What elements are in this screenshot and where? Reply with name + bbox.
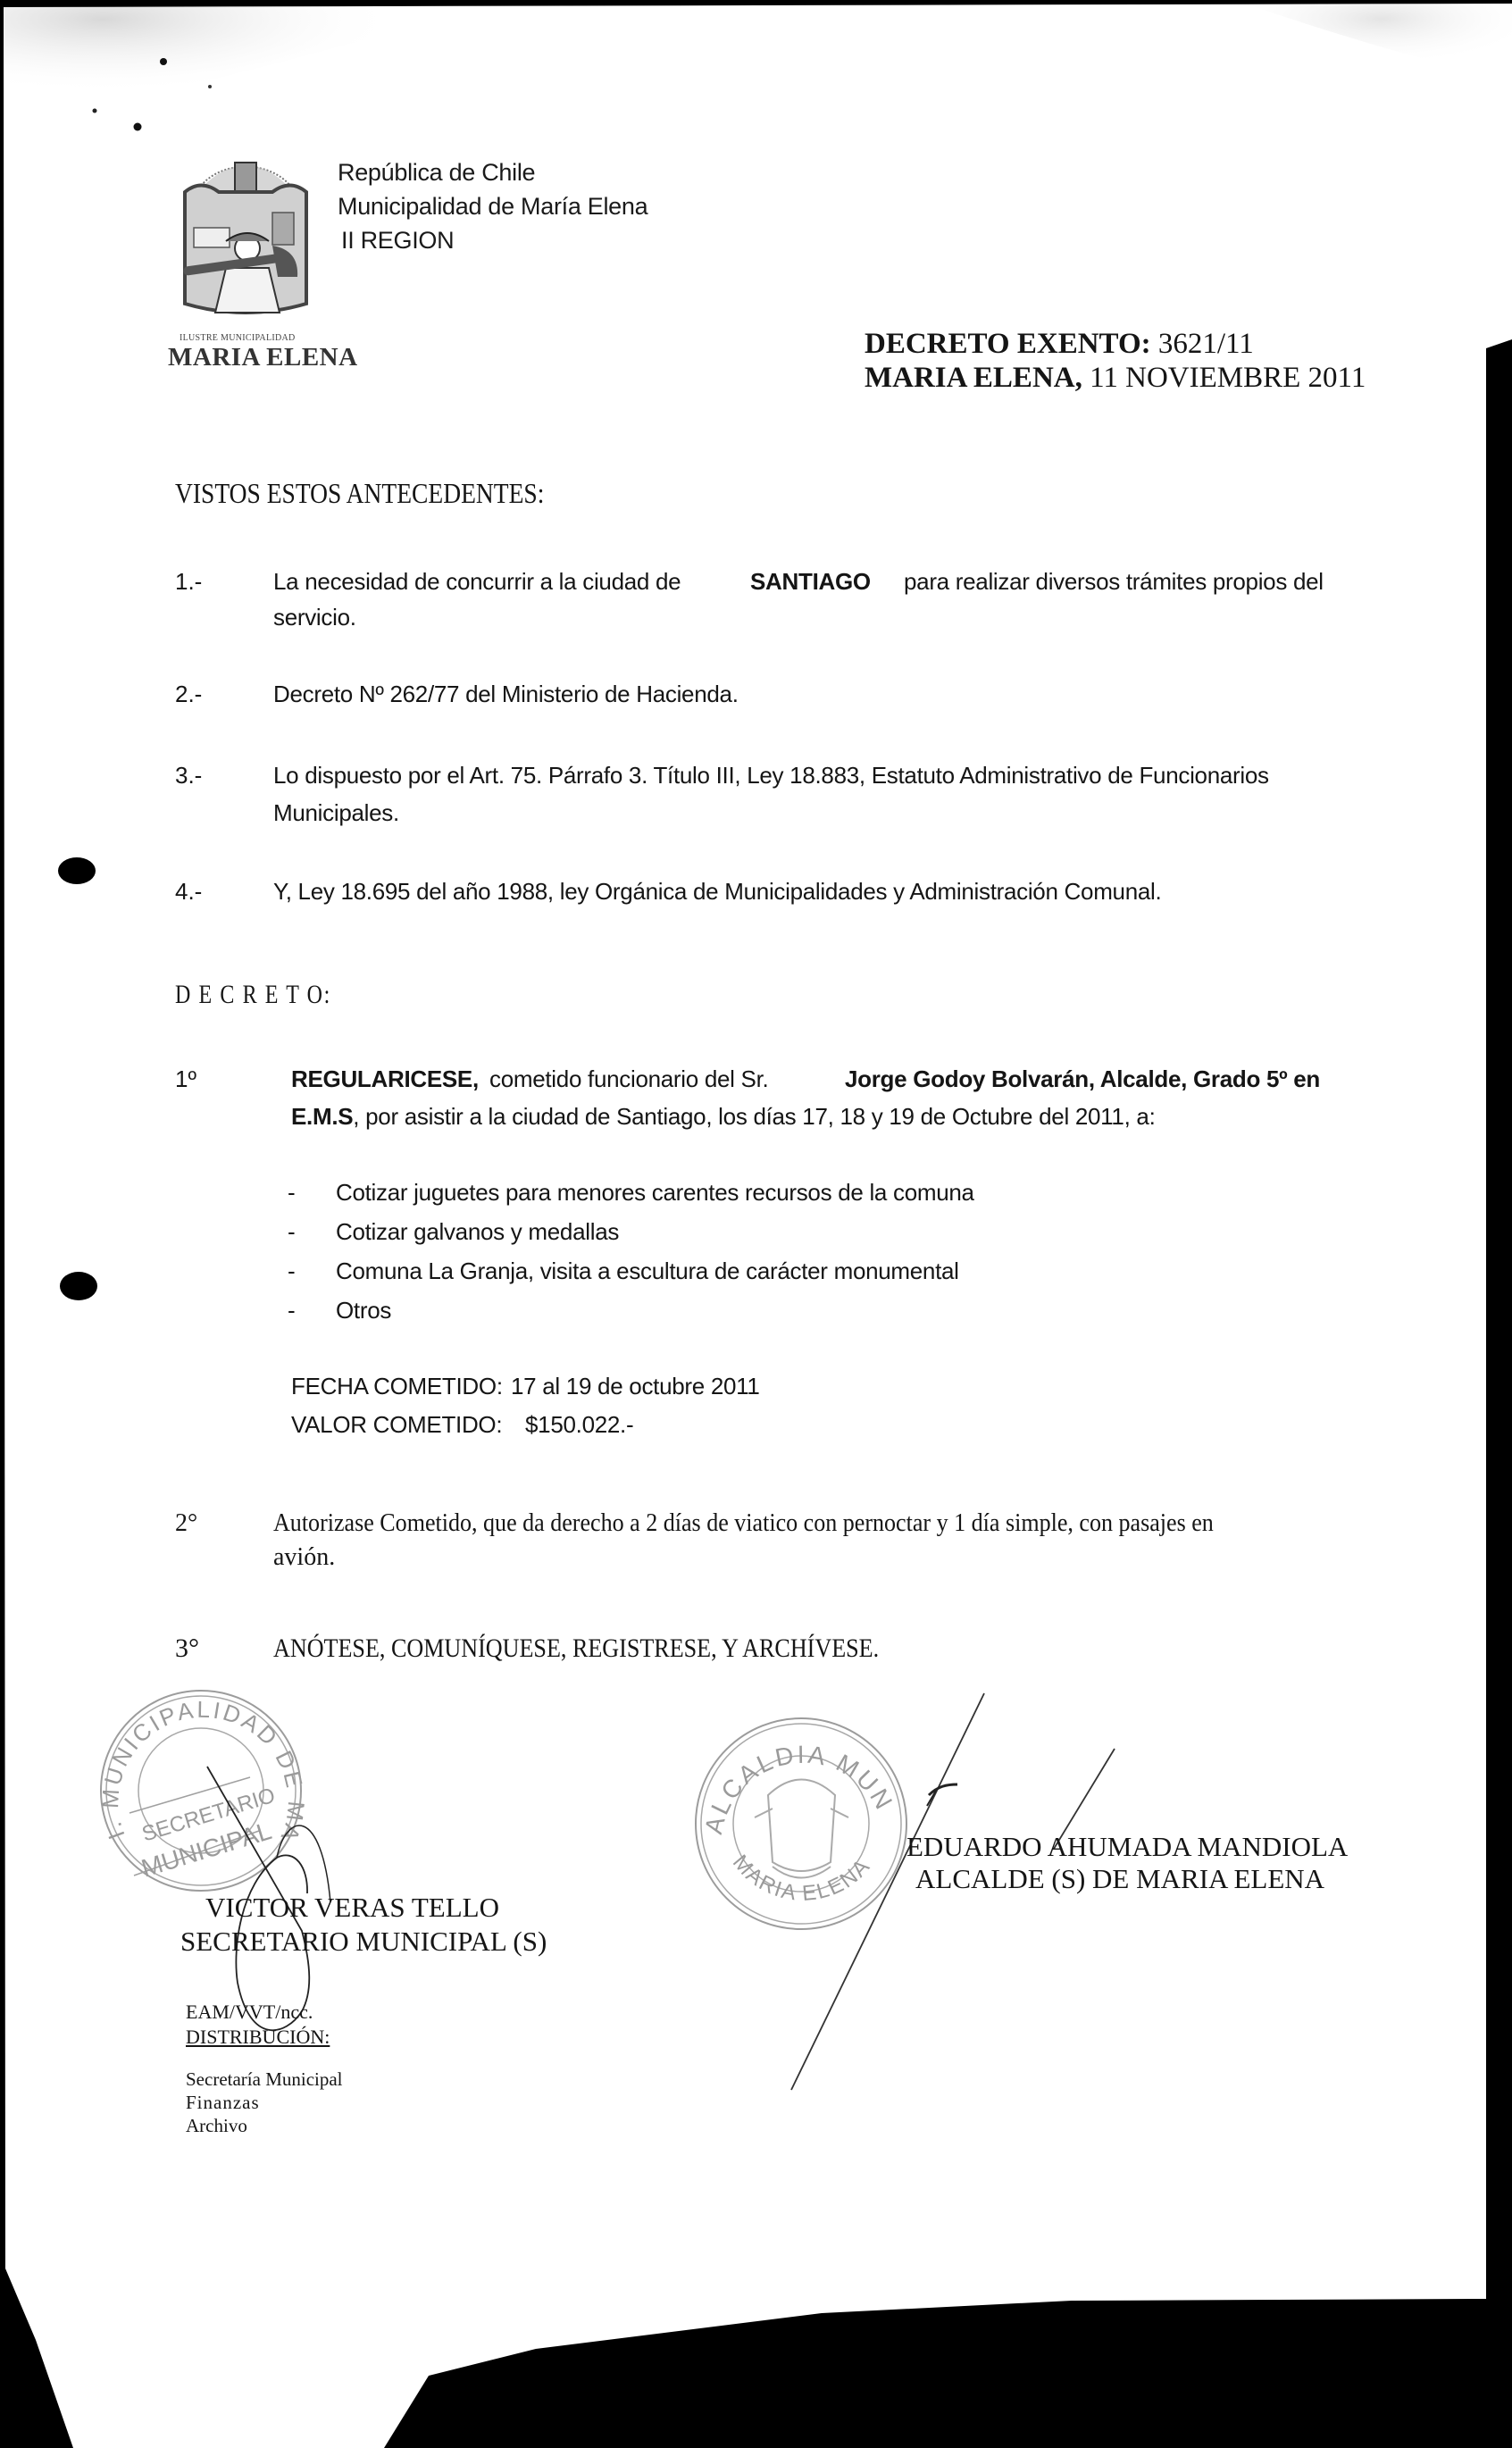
article-1-line2: E.M.S, por asistir a la ciudad de Santia… xyxy=(291,1103,1156,1131)
article-1-ems: E.M.S xyxy=(291,1103,353,1130)
punch-hole xyxy=(58,857,96,884)
place-label: MARIA ELENA, xyxy=(865,362,1082,394)
vistos-item-1-city: SANTIAGO xyxy=(750,568,871,596)
bullet-item: Comuna La Granja, visita a escultura de … xyxy=(336,1257,959,1285)
secretary-role: SECRETARIO MUNICIPAL (S) xyxy=(180,1926,547,1958)
punch-hole xyxy=(60,1272,97,1300)
decree-date-line: MARIA ELENA, 11 NOVIEMBRE 2011 xyxy=(865,362,1366,395)
article-2-line1: Autorizase Cometido, que da derecho a 2 … xyxy=(273,1509,1214,1538)
valor-cometido-value: $150.022.- xyxy=(525,1411,633,1439)
bullet-item: Otros xyxy=(336,1297,391,1324)
mayor-role: ALCALDE (S) DE MARIA ELENA xyxy=(915,1863,1324,1895)
distribution-item: Secretaría Municipal xyxy=(186,2068,343,2091)
decree-date: 11 NOVIEMBRE 2011 xyxy=(1090,362,1366,394)
vistos-item-1-line2: servicio. xyxy=(273,604,356,631)
vistos-item-3-number: 3.- xyxy=(175,762,202,790)
article-3-text: ANÓTESE, COMUNÍQUESE, REGISTRESE, Y ARCH… xyxy=(273,1633,879,1664)
vistos-item-1-number: 1.- xyxy=(175,568,202,596)
vistos-item-1-text-before: La necesidad de concurrir a la ciudad de xyxy=(273,568,681,596)
distribution-item: Archivo xyxy=(186,2115,247,2137)
valor-cometido-label: VALOR COMETIDO: xyxy=(291,1411,502,1439)
logo-name: MARIA ELENA xyxy=(168,343,358,372)
article-2-line2: avión. xyxy=(273,1543,335,1572)
distribution-item: Finanzas xyxy=(186,2092,260,2114)
bullet-item: Cotizar juguetes para menores carentes r… xyxy=(336,1179,974,1207)
vistos-item-2-text: Decreto Nº 262/77 del Ministerio de Haci… xyxy=(273,681,739,708)
vistos-item-3-text: Lo dispuesto por el Art. 75. Párrafo 3. … xyxy=(273,762,1269,790)
vistos-item-3-line2: Municipales. xyxy=(273,799,399,827)
article-3-number: 3° xyxy=(175,1633,199,1664)
decreto-title: D E C R E T O: xyxy=(175,980,331,1010)
bullet-item: Cotizar galvanos y medallas xyxy=(336,1218,619,1246)
initials: EAM/VVT/ncc. xyxy=(186,2001,313,2024)
bullet-dash: - xyxy=(288,1297,295,1324)
bullet-dash: - xyxy=(288,1257,295,1285)
vistos-item-2-number: 2.- xyxy=(175,681,202,708)
bullet-dash: - xyxy=(288,1218,295,1246)
municipal-coat-of-arms-icon xyxy=(174,143,317,335)
header-line-municipality: Municipalidad de María Elena xyxy=(338,193,647,221)
vistos-title: VISTOS ESTOS ANTECEDENTES: xyxy=(175,477,544,510)
vistos-item-4-text: Y, Ley 18.695 del año 1988, ley Orgánica… xyxy=(273,878,1161,906)
article-1-official: Jorge Godoy Bolvarán, Alcalde, Grado 5º … xyxy=(845,1065,1320,1093)
scanned-document-page: ILUSTRE MUNICIPALIDAD MARIA ELENA Repúbl… xyxy=(0,0,1512,2448)
logo-subtitle: ILUSTRE MUNICIPALIDAD xyxy=(180,333,296,343)
article-1-verb: REGULARICESE, xyxy=(291,1065,479,1093)
mayor-name: EDUARDO AHUMADA MANDIOLA xyxy=(906,1831,1348,1863)
decree-label: DECRETO EXENTO: xyxy=(865,328,1151,360)
header-line-republic: República de Chile xyxy=(338,159,535,187)
vistos-item-4-number: 4.- xyxy=(175,878,202,906)
header-line-region: II REGION xyxy=(341,227,454,255)
decree-number: 3621/11 xyxy=(1158,328,1254,360)
bullet-dash: - xyxy=(288,1179,295,1207)
article-1-number: 1º xyxy=(175,1065,196,1093)
article-1-text2: , por asistir a la ciudad de Santiago, l… xyxy=(353,1103,1155,1130)
article-1-text1: cometido funcionario del Sr. xyxy=(489,1065,768,1093)
fecha-cometido-value: 17 al 19 de octubre 2011 xyxy=(511,1373,760,1400)
distribution-label: DISTRIBUCIÓN: xyxy=(186,2026,330,2049)
fecha-cometido-label: FECHA COMETIDO: xyxy=(291,1373,503,1400)
article-2-number: 2° xyxy=(175,1509,197,1538)
decree-number-line: DECRETO EXENTO: 3621/11 xyxy=(865,328,1254,361)
secretary-name: VICTOR VERAS TELLO xyxy=(205,1892,499,1924)
vistos-item-1-text-after: para realizar diversos trámites propios … xyxy=(904,568,1324,596)
